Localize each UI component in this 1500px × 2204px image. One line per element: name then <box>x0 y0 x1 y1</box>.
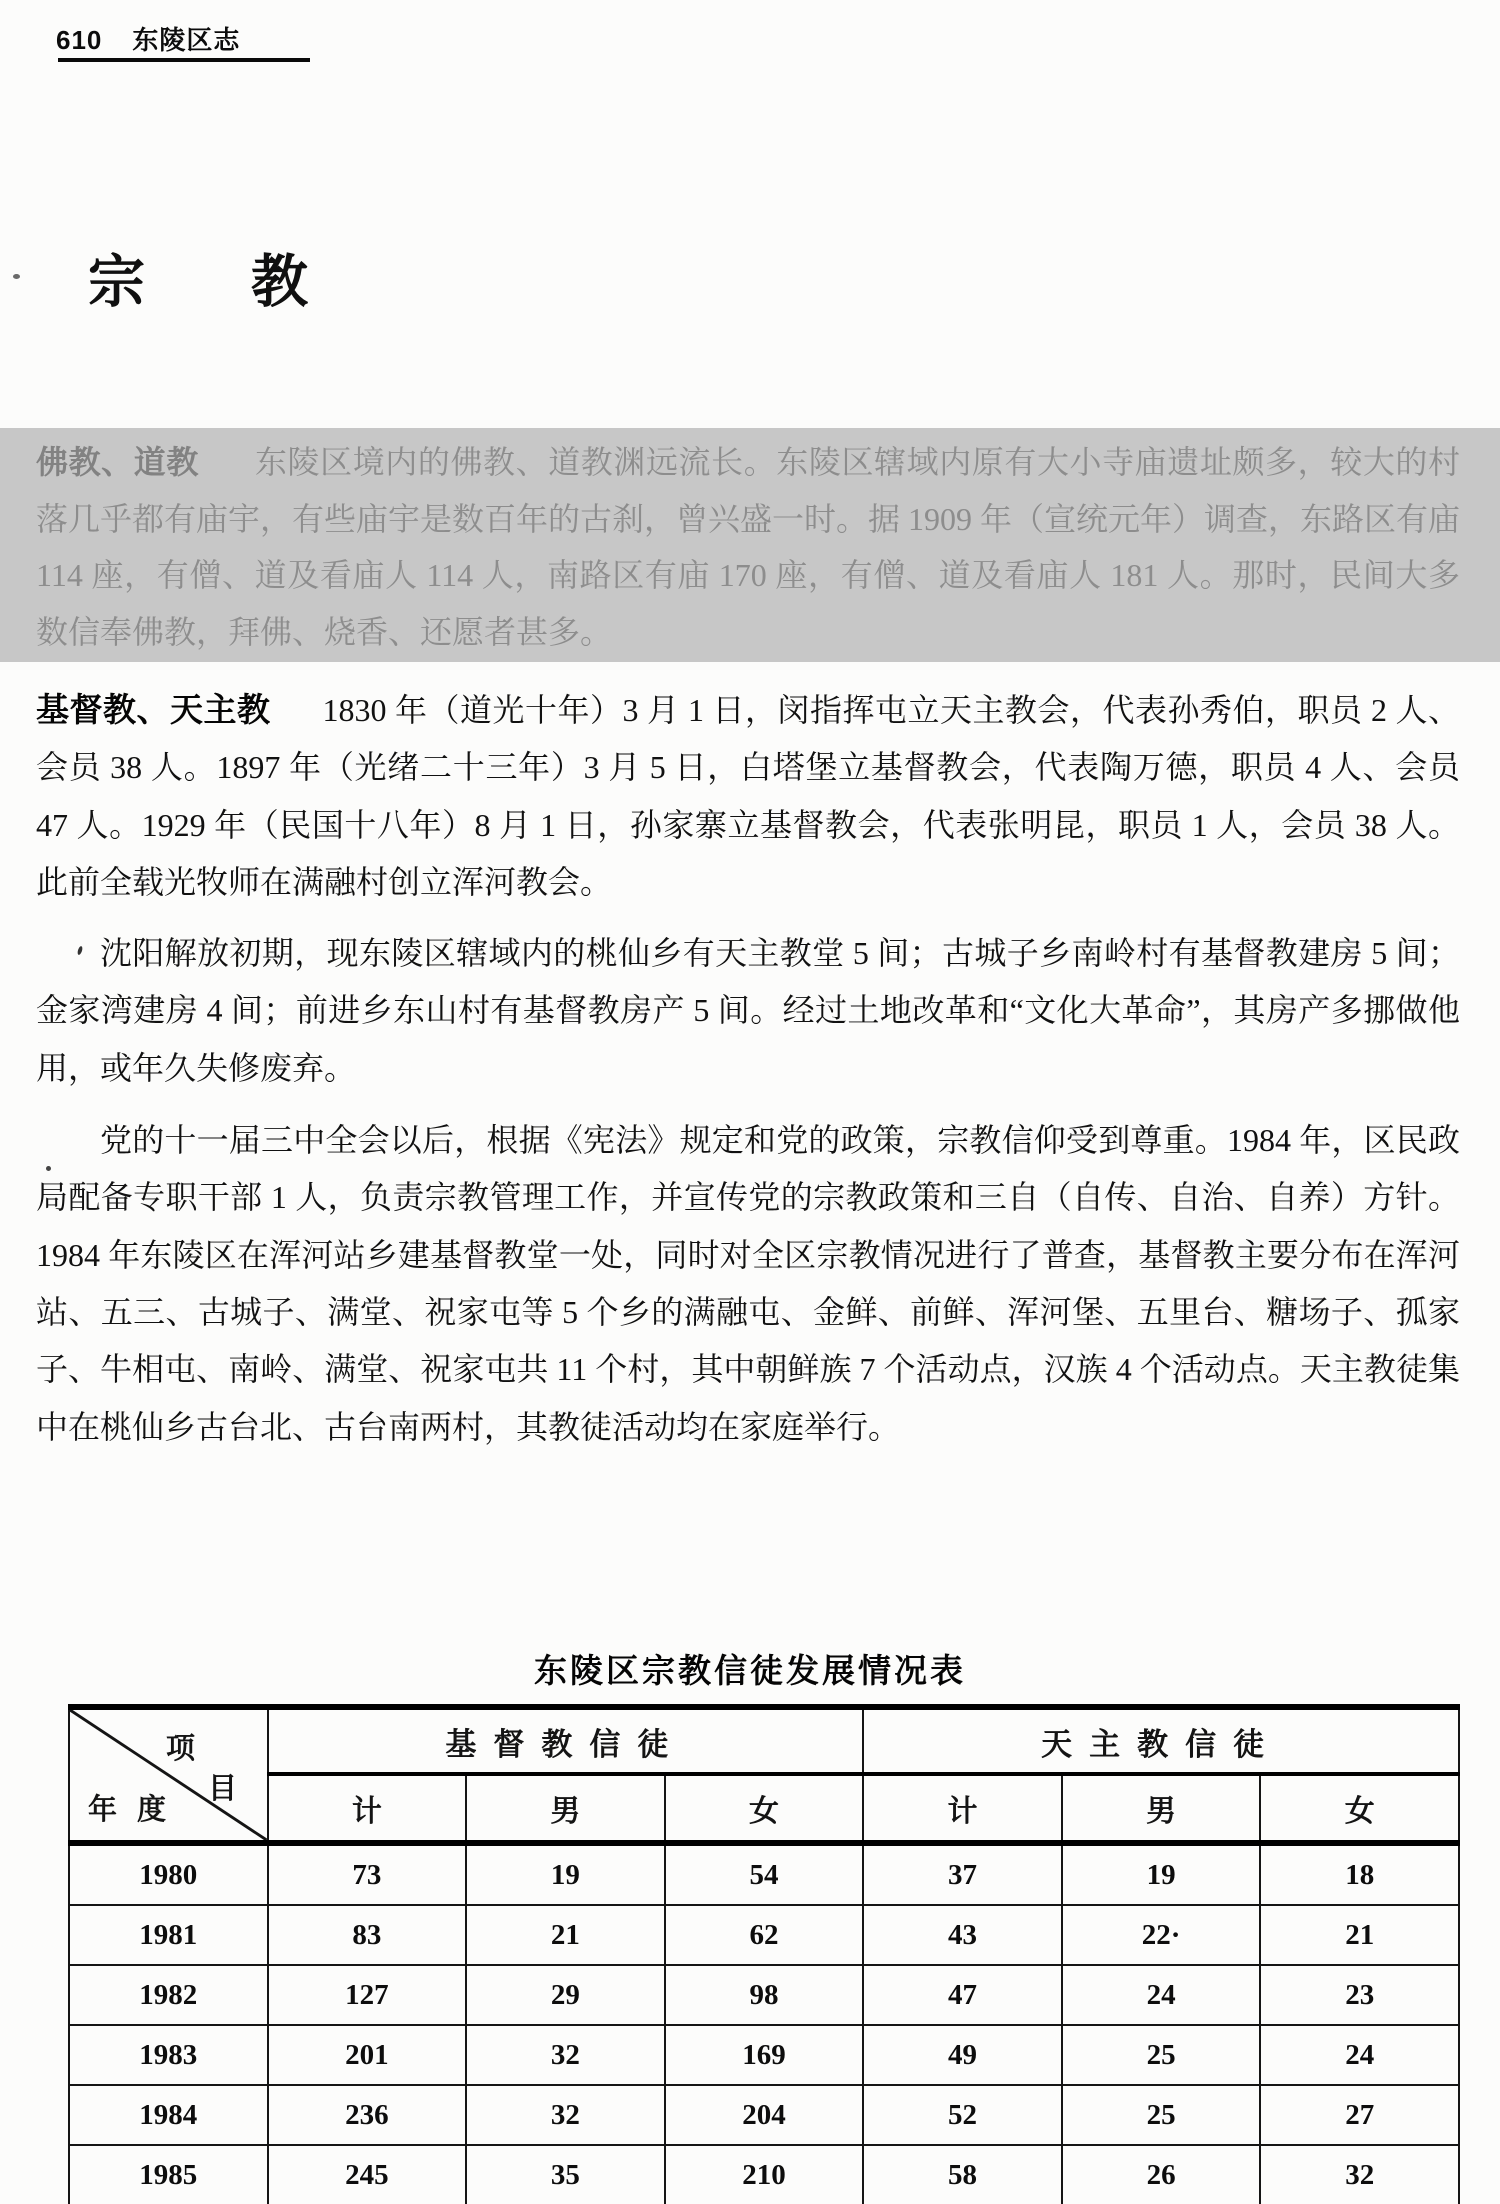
corner-item-char-bottom: 目 <box>208 1766 237 1807</box>
value-cell: 32 <box>1260 2145 1459 2204</box>
value-cell: 27 <box>1260 2085 1459 2145</box>
value-cell: 245 <box>268 2145 467 2204</box>
value-cell: 236 <box>268 2085 467 2145</box>
subheader-cell: 男 <box>466 1774 665 1843</box>
scan-speck <box>13 274 20 279</box>
table-row: 1980731954371918 <box>69 1843 1459 1905</box>
value-cell: 25 <box>1062 2085 1261 2145</box>
paragraph-lead: 基督教、天主教 <box>36 691 271 728</box>
scanned-page: { "page": { "number": "610", "book_title… <box>0 0 1500 2204</box>
body-paragraphs: 基督教、天主教1830 年（道光十年）3 月 1 日，闵指挥屯立天主教会，代表孙… <box>36 681 1460 1456</box>
table-header: 项 目 年度 基督教信徒 天主教信徒 计 男 女 计 男 女 <box>69 1707 1459 1843</box>
table-title: 东陵区宗教信徒发展情况表 <box>0 1645 1500 1692</box>
subheader-cell: 男 <box>1062 1774 1261 1843</box>
value-cell: 47 <box>863 1965 1062 2025</box>
year-cell: 1985 <box>69 2145 268 2204</box>
value-cell: 52 <box>863 2085 1062 2145</box>
value-cell: 83 <box>268 1905 467 1965</box>
corner-year-label: 年度 <box>88 1787 186 1828</box>
value-cell: 54 <box>665 1843 864 1905</box>
table-row: 19821272998472423 <box>69 1965 1459 2025</box>
value-cell: 169 <box>665 2025 864 2085</box>
subheader-cell: 女 <box>1260 1774 1459 1843</box>
value-cell: 62 <box>665 1905 864 1965</box>
year-cell: 1981 <box>69 1905 268 1965</box>
sub-header-row: 计 男 女 计 男 女 <box>69 1774 1459 1843</box>
believers-table: 项 目 年度 基督教信徒 天主教信徒 计 男 女 计 男 女 198073195… <box>68 1704 1460 2204</box>
book-title: 东陵区志 <box>132 25 240 55</box>
value-cell: 24 <box>1260 2025 1459 2085</box>
corner-item-char-top: 项 <box>166 1726 195 1767</box>
paragraph: 基督教、天主教1830 年（道光十年）3 月 1 日，闵指挥屯立天主教会，代表孙… <box>36 681 1460 911</box>
value-cell: 210 <box>665 2145 864 2204</box>
value-cell: 21 <box>1260 1905 1459 1965</box>
page-number: 610 <box>56 25 102 55</box>
subheader-cell: 计 <box>268 1774 467 1843</box>
subheader-cell: 女 <box>665 1774 864 1843</box>
table-row: 198320132169492524 <box>69 2025 1459 2085</box>
value-cell: 21 <box>466 1905 665 1965</box>
value-cell: 29 <box>466 1965 665 2025</box>
value-cell: 201 <box>268 2025 467 2085</box>
table-row: 198423632204522527 <box>69 2085 1459 2145</box>
page-header: 610东陵区志 <box>56 20 240 57</box>
subheader-cell: 计 <box>863 1774 1062 1843</box>
group-header-row: 项 目 年度 基督教信徒 天主教信徒 <box>69 1707 1459 1774</box>
value-cell: 37 <box>863 1843 1062 1905</box>
year-cell: 1980 <box>69 1843 268 1905</box>
value-cell: 32 <box>466 2025 665 2085</box>
year-cell: 1984 <box>69 2085 268 2145</box>
value-cell: 25 <box>1062 2025 1261 2085</box>
value-cell: 24 <box>1062 1965 1261 2025</box>
corner-cell: 项 目 年度 <box>69 1707 268 1843</box>
table-body: 198073195437191819818321624322·211982127… <box>69 1843 1459 2204</box>
value-cell: 35 <box>466 2145 665 2204</box>
group-header-catholic: 天主教信徒 <box>863 1707 1459 1774</box>
value-cell: 49 <box>863 2025 1062 2085</box>
year-cell: 1983 <box>69 2025 268 2085</box>
paragraph: 沈阳解放初期，现东陵区辖域内的桃仙乡有天主教堂 5 间；古城子乡南岭村有基督教建… <box>36 925 1460 1097</box>
value-cell: 204 <box>665 2085 864 2145</box>
paragraph-lead: 佛教、道教 <box>36 444 199 480</box>
value-cell: 98 <box>665 1965 864 2025</box>
value-cell: 19 <box>466 1843 665 1905</box>
value-cell: 73 <box>268 1843 467 1905</box>
highlight-paragraph: 佛教、道教东陵区境内的佛教、道教渊远流长。东陵区辖域内原有大小寺庙遗址颇多，较大… <box>0 428 1500 662</box>
highlight-paragraph-text: 佛教、道教东陵区境内的佛教、道教渊远流长。东陵区辖域内原有大小寺庙遗址颇多，较大… <box>0 428 1500 660</box>
value-cell: 19 <box>1062 1843 1261 1905</box>
chapter-title: 宗教 <box>88 236 414 318</box>
group-header-christian: 基督教信徒 <box>268 1707 864 1774</box>
table-row: 19818321624322·21 <box>69 1905 1459 1965</box>
paragraph: 党的十一届三中全会以后，根据《宪法》规定和党的政策，宗教信仰受到尊重。1984 … <box>36 1112 1460 1456</box>
value-cell: 22· <box>1062 1905 1261 1965</box>
year-cell: 1982 <box>69 1965 268 2025</box>
value-cell: 43 <box>863 1905 1062 1965</box>
value-cell: 32 <box>466 2085 665 2145</box>
value-cell: 58 <box>863 2145 1062 2204</box>
value-cell: 26 <box>1062 2145 1261 2204</box>
value-cell: 18 <box>1260 1843 1459 1905</box>
value-cell: 23 <box>1260 1965 1459 2025</box>
table-row: 198524535210582632 <box>69 2145 1459 2204</box>
header-underline <box>58 58 310 62</box>
value-cell: 127 <box>268 1965 467 2025</box>
paragraph-body: 东陵区境内的佛教、道教渊远流长。东陵区辖域内原有大小寺庙遗址颇多，较大的村落几乎… <box>36 444 1460 650</box>
